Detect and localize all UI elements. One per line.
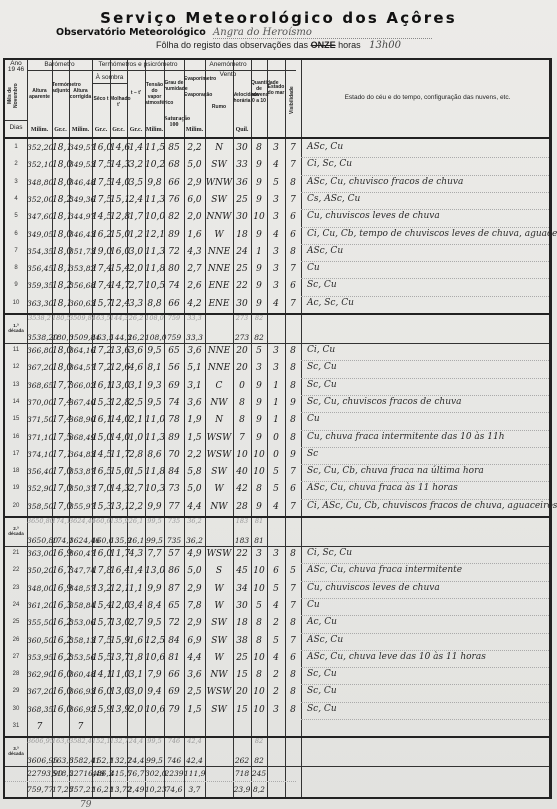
barometer-thermo-header: Termómetro adjunto [52,82,69,102]
value-cell: N [205,143,233,153]
value-cell: 346,43 [69,230,92,239]
value-cell: SW [205,195,233,205]
decade-total-cell: 152,1 [92,756,110,765]
decade-total-cell: 3538,20 [27,333,52,342]
value-cell: 353,95 [27,653,52,662]
month-mean-cell: 74,6 [164,785,184,794]
month-mean-cell: 3,7 [184,785,205,794]
row-rule [301,192,549,193]
value-cell: WSW [205,687,233,697]
remarks-cell: Ac, Cu [307,617,337,627]
month-mean-cell: 17,28 [52,785,69,794]
sheet-prefix: Fôlha do registo das observações das [156,40,308,50]
day-cell: 6 [5,231,27,237]
value-cell: 10 [251,687,267,697]
value-cell: 89 [164,230,184,240]
value-cell: 9 [251,281,267,291]
row-rule [301,157,549,158]
value-cell: 13,0 [110,618,127,628]
value-cell: 3,5 [127,178,145,188]
value-cell: W [205,230,233,240]
value-cell: 3,6 [127,346,145,356]
value-cell: 349,36 [69,195,92,204]
value-cell: 5,1 [184,363,205,373]
value-cell: 13,1 [110,502,127,512]
value-cell: 15,4 [110,264,127,274]
value-cell: 11,3 [145,433,164,443]
value-cell: W [205,601,233,611]
thermometers-group: Termómetros e psicrómetro [92,61,184,69]
decade-faint-cell: 99,5 [145,517,164,525]
value-cell: 16,1 [92,415,110,425]
unit-label: Milim. [27,127,52,135]
value-cell: 16,0 [52,687,69,697]
value-cell: NW [205,670,233,680]
value-cell: 3,6 [184,670,205,680]
value-cell: 8 [233,415,251,425]
value-cell: 3 [267,195,285,205]
value-cell: 79 [164,705,184,715]
value-cell: 10,5 [145,281,164,291]
value-cell: 6,9 [184,636,205,646]
remarks-cell: Sc [307,449,318,459]
value-cell: 74 [164,281,184,291]
value-cell: 8 [285,433,301,443]
month-mean-cell: 16,21 [92,785,110,794]
value-cell: 3,6 [184,398,205,408]
remarks-cell: Ci, ASc, Cu, Cb, chuviscos fracos de chu… [307,501,557,511]
decade-faint-cell: 3582,4 [69,737,92,745]
value-cell: 12,5 [145,636,164,646]
month-sum-cell: 518,5 [52,769,69,778]
value-cell: 362,90 [27,670,52,679]
value-cell: 3 [267,247,285,257]
row-rule [301,719,549,720]
remarks-cell: Sc, Cu, chuviscos fracos de chuva [307,397,461,407]
row-rule [301,615,549,616]
decade-faint-cell: 108,0 [145,314,164,322]
value-cell: 14,7 [110,281,127,291]
day-cell: 28 [5,671,27,677]
barometer-height-header: Altura aparente [27,88,52,102]
row-rule [301,227,549,228]
value-cell: 3 [267,281,285,291]
value-cell: 33 [233,160,251,170]
remarks-cell: Sc, Cu [307,686,337,696]
value-cell: 367,40 [69,398,92,407]
unit-label: Gr.c. [52,127,69,135]
value-cell: 9,3 [145,381,164,391]
value-cell: 12,0 [110,601,127,611]
decade-total-cell: 3582,41 [69,756,92,765]
value-cell: 4 [267,653,285,663]
value-cell: 0 [267,450,285,460]
day-cell: 23 [5,585,27,591]
value-cell: 57 [164,549,184,559]
decade-total-cell: 132,7 [110,756,127,765]
value-cell: 15,9 [92,705,110,715]
value-cell: 16,0 [92,687,110,697]
value-cell: 367,20 [27,363,52,372]
decade-total-cell: 183 [233,536,251,545]
value-cell: 1,1 [127,584,145,594]
barometer-group: Barómetro [27,61,92,69]
value-cell: W [205,653,233,663]
value-cell: 2,0 [127,705,145,715]
value-cell: 16,0 [52,705,69,715]
value-cell: 355,50 [27,618,52,627]
anemometer-group: Anemómetro [205,61,251,69]
value-cell: 1,5 [127,467,145,477]
value-cell: 366,80 [27,346,52,355]
sheet-hour-struck: ONZE [311,40,336,50]
value-cell: 368,35 [27,705,52,714]
remarks-cell: Cu [307,263,320,273]
value-cell: 8 [285,247,301,257]
value-cell: 3,0 [127,687,145,697]
value-cell: 10 [251,467,267,477]
decade-faint-cell: 746 [164,737,184,745]
sea-state-header: Estado do mar [267,84,285,102]
value-cell: 2 [267,670,285,680]
value-cell: 5 [251,601,267,611]
decade-label: 2.ª década [5,526,27,536]
value-cell: 18,0 [52,160,69,170]
decade-total-cell: 99,5 [145,756,164,765]
header-bottom-rule [5,137,549,139]
value-cell: 15,0 [110,230,127,240]
decade-faint-cell: 3650,80 [27,517,52,525]
unit-label: Gr.c. [92,127,110,135]
value-cell: 15,1 [110,195,127,205]
value-cell: 84 [164,467,184,477]
value-cell: 10 [251,212,267,222]
value-cell: 4 [267,160,285,170]
value-cell: 356,45 [27,264,52,273]
remarks-cell: Sc, Cu [307,362,337,372]
value-cell: 9 [251,299,267,309]
value-cell: 9,5 [145,618,164,628]
value-cell: 17,7 [52,381,69,391]
month-sum-cell: 22793,90 [27,769,52,778]
value-cell: 16,5 [92,467,110,477]
value-cell: 16,0 [52,670,69,680]
value-cell: 5 [267,178,285,188]
value-cell: 17,4 [52,415,69,425]
value-cell: 3 [251,549,267,559]
value-cell: 4,3 [184,247,205,257]
row-rule [301,395,549,396]
value-cell: 8,6 [145,450,164,460]
row-rule [301,650,549,651]
value-cell: 8 [285,363,301,373]
value-cell: 352,00 [27,195,52,204]
service-title: Serviço Meteorológico dos Açôres [0,9,557,27]
value-cell: 18,2 [52,281,69,291]
value-cell: 9 [251,381,267,391]
value-cell: 18,2 [52,195,69,205]
value-cell: 20 [233,363,251,373]
decade-total-cell: 735 [164,536,184,545]
value-cell: 5 [267,584,285,594]
value-cell: 8 [285,670,301,680]
day-cell: 2 [5,161,27,167]
value-cell: 9,9 [145,502,164,512]
value-cell: 16,2 [52,636,69,646]
value-cell: WSW [205,433,233,443]
decade-total-cell: 3650,80 [27,536,52,545]
month-sum-cell: 718 [233,769,251,778]
value-cell: 17,5 [52,433,69,443]
value-cell: 17,0 [52,467,69,477]
value-cell: 2,2 [127,502,145,512]
value-cell: NW [205,398,233,408]
remarks-cell: Sc, Cu, Cb, chuva fraca na última hora [307,466,484,476]
decade-faint-cell: 99,5 [145,737,164,745]
value-cell: 3,1 [127,670,145,680]
value-cell: 8 [285,415,301,425]
value-cell: 69 [164,381,184,391]
unit-label: Gr.c. [110,127,127,135]
value-cell: 11,3 [145,247,164,257]
value-cell: 14,0 [110,178,127,188]
value-cell: 13,6 [110,346,127,356]
value-cell: 9,5 [145,346,164,356]
value-cell: 17,4 [92,281,110,291]
value-cell: 1 [267,415,285,425]
remarks-cell: Ci, Sc, Cu [307,159,352,169]
value-cell: 1,8 [127,653,145,663]
day-cell: 24 [5,602,27,608]
value-cell: 3 [267,346,285,356]
value-cell: SW [205,705,233,715]
value-cell: 17,2 [92,363,110,373]
observation-table: Ano19 46Mês de NovembroDiasBarómetroAltu… [3,58,552,799]
value-cell: 360,50 [27,636,52,645]
value-cell: 2,5 [184,687,205,697]
value-cell: 7 [285,299,301,309]
value-cell: 351,73 [69,247,92,256]
unit-label: Gr.c. [127,127,145,135]
day-cell: 16 [5,434,27,440]
value-cell: 6 [285,484,301,494]
value-cell: 7 [27,722,52,732]
value-cell: 356,40 [27,467,52,476]
value-cell: 1,5 [184,705,205,715]
month-mean-cell: 759,77 [27,785,52,794]
decade-faint-cell: 163,5 [92,314,110,322]
value-cell: 11,5 [145,143,164,153]
value-cell: 11,7 [110,450,127,460]
value-cell: 7 [285,584,301,594]
value-cell: 3 [267,705,285,715]
value-cell: 17,5 [92,195,110,205]
value-cell: 358,13 [69,636,92,645]
decade-total-cell: 82 [251,333,267,342]
value-cell: 8,4 [145,601,164,611]
value-cell: 16,0 [110,247,127,257]
value-cell: NNE [205,247,233,257]
row-rule [301,430,549,431]
day-cell: 31 [5,723,27,729]
value-cell: 8 [251,618,267,628]
value-cell: 9 [251,502,267,512]
value-cell: 347,74 [69,566,92,575]
value-cell: 77 [164,502,184,512]
value-cell: 81 [164,653,184,663]
value-cell: 2,0 [127,264,145,274]
value-cell: 6 [267,566,285,576]
barometer-corrected-header: Altura corrigida [69,88,92,102]
value-cell: 22 [233,281,251,291]
row-rule [301,464,549,465]
value-cell: 18,1 [52,299,69,309]
value-cell: 8 [251,143,267,153]
decade-total-cell: 144,3 [110,333,127,342]
value-cell: 16,2 [52,653,69,663]
decade-total-cell: 26,1 [127,536,145,545]
value-cell: 19,0 [92,247,110,257]
value-cell: 16,1 [92,381,110,391]
value-cell: 4,2 [184,299,205,309]
totals-rule [5,781,296,782]
value-cell: 9 [251,433,267,443]
value-cell: 3 [267,363,285,373]
value-cell: 66 [164,299,184,309]
month-label: Mês de Novembro [7,76,17,116]
row-rule [301,296,549,297]
value-cell: 22 [233,549,251,559]
value-cell: 15,9 [110,636,127,646]
value-cell: 2,2 [184,450,205,460]
value-cell: 17,8 [92,566,110,576]
value-cell: 3,0 [127,247,145,257]
day-cell: 9 [5,282,27,288]
value-cell: 366,93 [69,687,92,696]
decade-label: 1.ª década [5,323,27,333]
day-cell: 17 [5,451,27,457]
value-cell: 2,4 [127,195,145,205]
remarks-cell: Cu [307,600,320,610]
unit-label: Milim. [184,127,205,135]
value-cell: 2,7 [127,618,145,628]
row-rule [301,667,549,668]
decade-faint-cell: 42,4 [184,737,205,745]
decade-label: 3.ª década [5,746,27,756]
value-cell: 2,2 [184,143,205,153]
value-cell: 344,97 [69,212,92,221]
remarks-cell: ASc, Cu, chuva fraca intermitente [307,565,462,575]
decade-faint-cell: 3538,2 [27,314,52,322]
value-cell: 10 [251,566,267,576]
value-cell: 371,50 [27,415,52,424]
value-cell: 12,8 [110,212,127,222]
decade-total-cell: 108,0 [145,333,164,342]
value-cell: 70 [164,450,184,460]
decade-total-cell: 3624,46 [69,536,92,545]
value-cell: 5 [267,467,285,477]
value-cell: 14,3 [110,160,127,170]
value-cell: 30 [233,299,251,309]
value-cell: 7 [233,433,251,443]
value-cell: 74 [164,398,184,408]
cloud-amount-header: Quantidade de nuvens 0 a 10 [251,80,267,108]
value-cell: 4,9 [184,549,205,559]
value-cell: 9,5 [145,398,164,408]
value-cell: 2,6 [184,281,205,291]
value-cell: W [205,484,233,494]
difference-header: t − t' [127,90,145,98]
value-cell: 17,4 [52,398,69,408]
value-cell: 8 [251,636,267,646]
value-cell: 9 [251,264,267,274]
value-cell: 4,4 [184,653,205,663]
day-cell: 22 [5,567,27,573]
value-cell: 7 [285,502,301,512]
value-cell: C [205,381,233,391]
value-cell: 12,1 [145,230,164,240]
header-rule [27,70,296,71]
value-cell: 68 [164,160,184,170]
decade-faint-cell: 152,1 [92,737,110,745]
header-rule [5,120,27,121]
decade-total-cell: 33,3 [184,333,205,342]
decade-rule [5,343,549,344]
value-cell: 2,7 [127,484,145,494]
value-cell: WSW [205,450,233,460]
value-cell: 360,48 [69,670,92,679]
value-cell: 16,7 [52,566,69,576]
value-cell: 16,0 [92,549,110,559]
value-cell: 5 [285,566,301,576]
value-cell: 14,6 [110,143,127,153]
value-cell: 8 [285,618,301,628]
month-sum-cell: 302,0 [145,769,164,778]
value-cell: 366,02 [69,381,92,390]
month-mean-cell: 8,2 [251,785,267,794]
value-cell: 80 [164,264,184,274]
value-cell: 349,57 [69,143,92,152]
value-cell: 15,5 [92,653,110,663]
value-cell: 1,9 [184,415,205,425]
value-cell: 349,05 [27,230,52,239]
value-cell: 20 [233,687,251,697]
value-cell: 10 [233,450,251,460]
month-sum-cell: 76,7 [127,769,145,778]
value-cell: 4 [267,299,285,309]
decade-total-cell: 81 [251,536,267,545]
unit-label: Milim. [145,127,164,135]
decade-total-cell: 26,2 [127,333,145,342]
value-cell: 5 [267,484,285,494]
value-cell: 353,06 [69,618,92,627]
decade-total-cell: 262 [233,756,251,765]
remarks-cell: ASc, Cu [307,142,343,152]
remarks-cell: Cu, chuva fraca intermitente das 10 às 1… [307,432,505,442]
value-cell: 18,1 [52,212,69,222]
value-cell: 370,00 [27,398,52,407]
value-cell: 2,8 [127,450,145,460]
row-rule [301,633,549,634]
row-rule [301,412,549,413]
value-cell: 361,20 [27,601,52,610]
value-cell: 16,2 [92,230,110,240]
decade-faint-cell: 24,4 [127,737,145,745]
value-cell: 3,2 [127,160,145,170]
value-cell: 10,2 [145,160,164,170]
value-cell: 8 [251,484,267,494]
value-cell: 1,7 [127,212,145,222]
